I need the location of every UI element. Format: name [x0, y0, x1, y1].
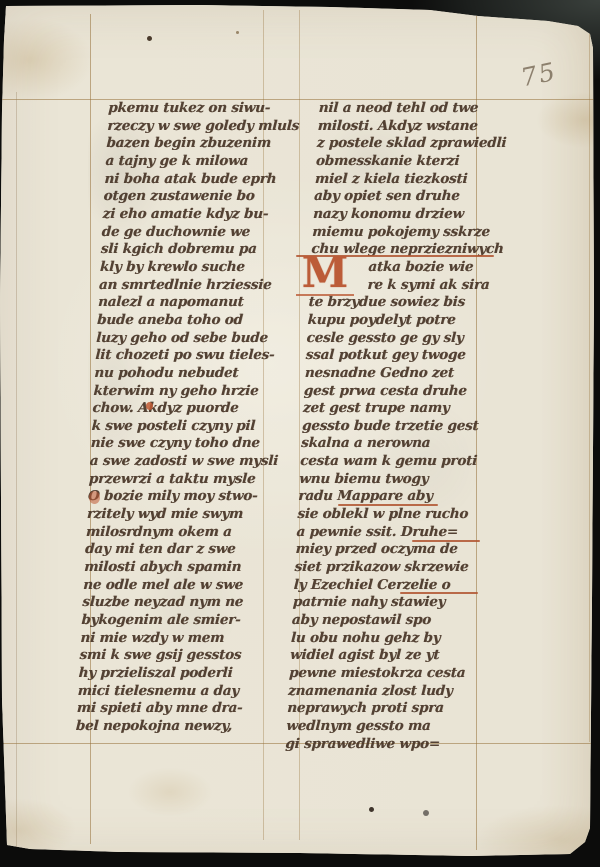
manuscript-text-line: neprawych proti spra: [287, 700, 470, 718]
folio-number: 75: [518, 57, 559, 93]
manuscript-text-line: zi eho amatie kdyz bu-: [102, 206, 275, 224]
manuscript-text-line: kupu poydelyt potre: [307, 312, 490, 330]
manuscript-text-line: otgen zustawenie bo: [103, 188, 276, 206]
manuscript-text-line: milosrdnym okem a: [86, 524, 259, 542]
text-column-right: nil a neod tehl od twemilosti. Akdyz wst…: [285, 100, 501, 753]
text-column-left: pkemu tukez on siwu-rzeczy w swe goledy …: [75, 100, 280, 736]
ruling-line-vertical-page-edge: [589, 26, 590, 742]
manuscript-text-line: ssal potkut gey twoge: [305, 347, 488, 365]
manuscript-text-line: hy przieliszal poderli: [78, 665, 251, 683]
manuscript-text-line: milosti. Akdyz wstane: [317, 118, 500, 136]
manuscript-text-line: milosti abych spamin: [84, 559, 257, 577]
manuscript-text-line: bel nepokojna newzy,: [75, 718, 248, 736]
manuscript-text-line: pewne miestokrza cesta: [289, 665, 472, 683]
manuscript-text-line: ne odle mel ale w swe: [83, 577, 256, 595]
manuscript-text-line: bykogenim ale smier-: [81, 612, 254, 630]
manuscript-text-line: miemu pokojemy sskrze: [312, 224, 495, 242]
manuscript-text-line: ni boha atak bude eprh: [104, 171, 277, 189]
manuscript-text-line: a tajny ge k milowa: [105, 153, 278, 171]
manuscript-text-line: lit chozeti po swu tieles-: [95, 347, 268, 365]
manuscript-text-line: ni mie wzdy w mem: [80, 630, 253, 648]
manuscript-text-line: mi spieti aby mne dra-: [76, 700, 249, 718]
parchment-page: 75 pkemu tukez on siwu-rzeczy w swe gole…: [0, 0, 600, 867]
manuscript-text-line: zet gest trupe namy: [302, 400, 485, 418]
manuscript-text-line: kly by krewlo suche: [99, 259, 272, 277]
underlying-page-edge: [16, 92, 17, 848]
manuscript-text-line: miel z kiela tiezkosti: [314, 171, 497, 189]
manuscript-text-line: chow. Akdyz puorde: [92, 400, 265, 418]
manuscript-text-line: widiel agist byl ze yt: [290, 647, 473, 665]
ink-speck: [147, 36, 152, 41]
manuscript-text-line: patrnie nahy stawiey: [292, 594, 475, 612]
manuscript-text-line: gest prwa cesta druhe: [303, 383, 486, 401]
manuscript-text-line: z postele sklad zprawiedli: [316, 135, 499, 153]
manuscript-photo: { "page": { "folio_number": "75" }, "col…: [0, 0, 600, 867]
manuscript-text-line: aby nepostawil spo: [291, 612, 474, 630]
manuscript-text-line: gessto bude trzetie gest: [302, 418, 485, 436]
manuscript-text-line: aby opiet sen druhe: [314, 188, 497, 206]
manuscript-text-line: bude aneba toho od: [97, 312, 270, 330]
manuscript-text-line: wedlnym gessto ma: [286, 718, 469, 736]
manuscript-text-line: k swe posteli czyny pil: [91, 418, 264, 436]
manuscript-text-line: nie swe czyny toho dne: [90, 435, 263, 453]
manuscript-text-line: de ge duchownie we: [101, 224, 274, 242]
manuscript-text-line: rzeczy w swe goledy mluls: [107, 118, 280, 136]
red-touched-letter-o: [89, 491, 100, 504]
red-initial-flourish: [296, 294, 354, 296]
manuscript-text-line: rzitely wyd mie swym: [86, 506, 259, 524]
manuscript-text-line: sie oblekl w plne rucho: [297, 506, 480, 524]
manuscript-text-line: nalezl a napomanut: [98, 294, 271, 312]
manuscript-text-line: day mi ten dar z swe: [85, 541, 258, 559]
manuscript-text-line: luzy geho od sebe bude: [96, 330, 269, 348]
manuscript-text-line: lu obu nohu gehz by: [290, 630, 473, 648]
red-underline-word-ezechiel: [400, 592, 478, 594]
manuscript-text-line: cesle gessto ge gy sly: [306, 330, 489, 348]
manuscript-text-line: przewrzi a taktu mysle: [88, 471, 261, 489]
manuscript-text-line: sli kgich dobremu pa: [100, 241, 273, 259]
ink-speck: [369, 807, 374, 812]
manuscript-text-line: smi k swe gsij gesstos: [79, 647, 252, 665]
manuscript-text-line: znamenania zlost ludy: [288, 683, 471, 701]
manuscript-text-line: nazy konomu drziew: [313, 206, 496, 224]
manuscript-text-line: nil a neod tehl od twe: [318, 100, 501, 118]
manuscript-text-line: gi sprawedliwe wpo=: [285, 736, 468, 754]
manuscript-text-line: nu pohodu nebudet: [94, 365, 267, 383]
red-underline-word-druhe: [412, 540, 480, 542]
wormhole-speck: [423, 810, 429, 816]
manuscript-text-line: a pewnie ssit. Druhe=: [296, 524, 479, 542]
red-touched-letter-a: [146, 402, 153, 410]
manuscript-text-line: obmesskanie kterzi: [315, 153, 498, 171]
manuscript-text-line: skalna a nerowna: [301, 435, 484, 453]
red-underline-word-mappare: [338, 504, 438, 506]
manuscript-text-line: cesta wam k gemu proti: [300, 453, 483, 471]
ink-speck: [236, 31, 239, 34]
manuscript-text-line: a swe zadosti w swe mysli: [89, 453, 262, 471]
red-lombard-initial-m: M: [298, 254, 352, 294]
manuscript-text-line: siet przikazow skrzewie: [294, 559, 477, 577]
manuscript-text-line: miey przed oczyma de: [295, 541, 478, 559]
manuscript-text-line: bazen begin zbuzenim: [106, 135, 279, 153]
manuscript-text-line: an smrtedlnie hrziessie: [98, 277, 271, 295]
manuscript-text-line: sluzbe neyzad nym ne: [82, 594, 255, 612]
manuscript-text-line: mici tielesnemu a day: [77, 683, 250, 701]
manuscript-text-line: nesnadne Gedno zet: [304, 365, 487, 383]
manuscript-text-line: pkemu tukez on siwu-: [108, 100, 281, 118]
manuscript-text-line: kterwim ny geho hrzie: [93, 383, 266, 401]
manuscript-text-line: wnu biemu twogy: [299, 471, 482, 489]
manuscript-text-line: O bozie mily moy stwo-: [87, 488, 260, 506]
